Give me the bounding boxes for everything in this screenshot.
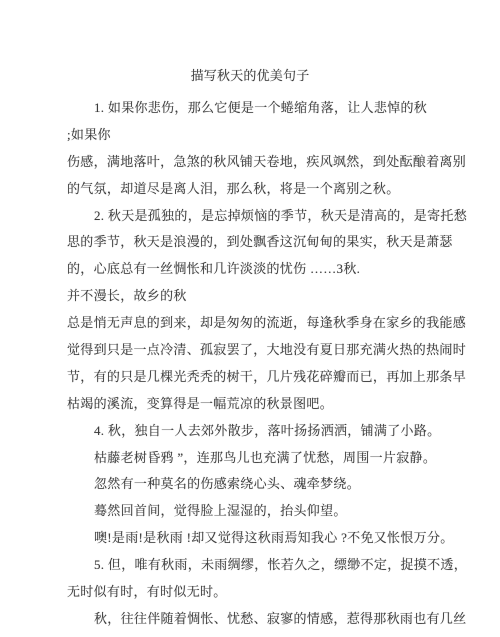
- text-line: 觉得到只是一点冷清、孤寂罢了，大地没有夏日那充满火热的热闹时: [67, 337, 433, 364]
- text-line: 蓦然回首间，觉得脸上湿湿的，抬头仰望。: [67, 498, 433, 525]
- text-line: 总是悄无声息的到来，却是匆匆的流逝，每逢秋季身在家乡的我能感: [67, 310, 433, 337]
- text-line: 思的季节，秋天是浪漫的，到处飘香这沉甸甸的果实，秋天是萧瑟: [67, 229, 433, 256]
- text-line: 4. 秋，独自一人去郊外散步，落叶扬扬洒洒，铺满了小路。: [67, 418, 433, 445]
- text-line: 伤感，满地落叶，急煞的秋风铺天卷地，疾风飒然，到处酝酿着离别: [67, 149, 433, 176]
- text-line: 5. 但，唯有秋雨，未雨绸缪，怅若久之，缥缈不定，捉摸不透，: [67, 552, 433, 579]
- document-page: 描写秋天的优美句子 1. 如果你悲伤，那么它便是一个蜷缩角落，让人悲悼的秋 ;如…: [0, 0, 500, 637]
- text-line: 并不漫长，故乡的秋: [67, 283, 433, 310]
- text-line: 1. 如果你悲伤，那么它便是一个蜷缩角落，让人悲悼的秋: [67, 95, 433, 122]
- text-line: 2. 秋天是孤独的，是忘掉烦恼的季节，秋天是清高的，是寄托愁: [67, 203, 433, 230]
- text-line: 无时似有时，有时似无时。: [67, 579, 433, 606]
- text-line: 噢!是雨!是秋雨 !却又觉得这秋雨焉知我心 ?不免又怅恨万分。: [67, 525, 433, 552]
- text-line: 枯竭的溪流，变算得是一幅荒凉的秋景图吧。: [67, 391, 433, 418]
- text-line: 枯藤老树昏鸦 ”，连那鸟儿也充满了忧愁，周围一片寂静。: [67, 445, 433, 472]
- text-line: 的气氛，却道尽是离人泪，那么秋，将是一个离别之秋。: [67, 176, 433, 203]
- text-line: 的，心底总有一丝惆怅和几许淡淡的忧伤 ……3秋.: [67, 256, 433, 283]
- text-line: 节，有的只是几棵光秃秃的树干，几片残花碎瓣而已，再加上那条早: [67, 364, 433, 391]
- text-line: 秋，往往伴随着惆怅、忧愁、寂寥的情感，惹得那秋雨也有几丝: [67, 606, 433, 633]
- document-title: 描写秋天的优美句子: [67, 66, 433, 86]
- text-line: ;如果你: [67, 122, 433, 149]
- text-line: 忽然有一种莫名的伤感索绕心头、魂牵梦绕。: [67, 471, 433, 498]
- document-body: 1. 如果你悲伤，那么它便是一个蜷缩角落，让人悲悼的秋 ;如果你 伤感，满地落叶…: [67, 95, 433, 633]
